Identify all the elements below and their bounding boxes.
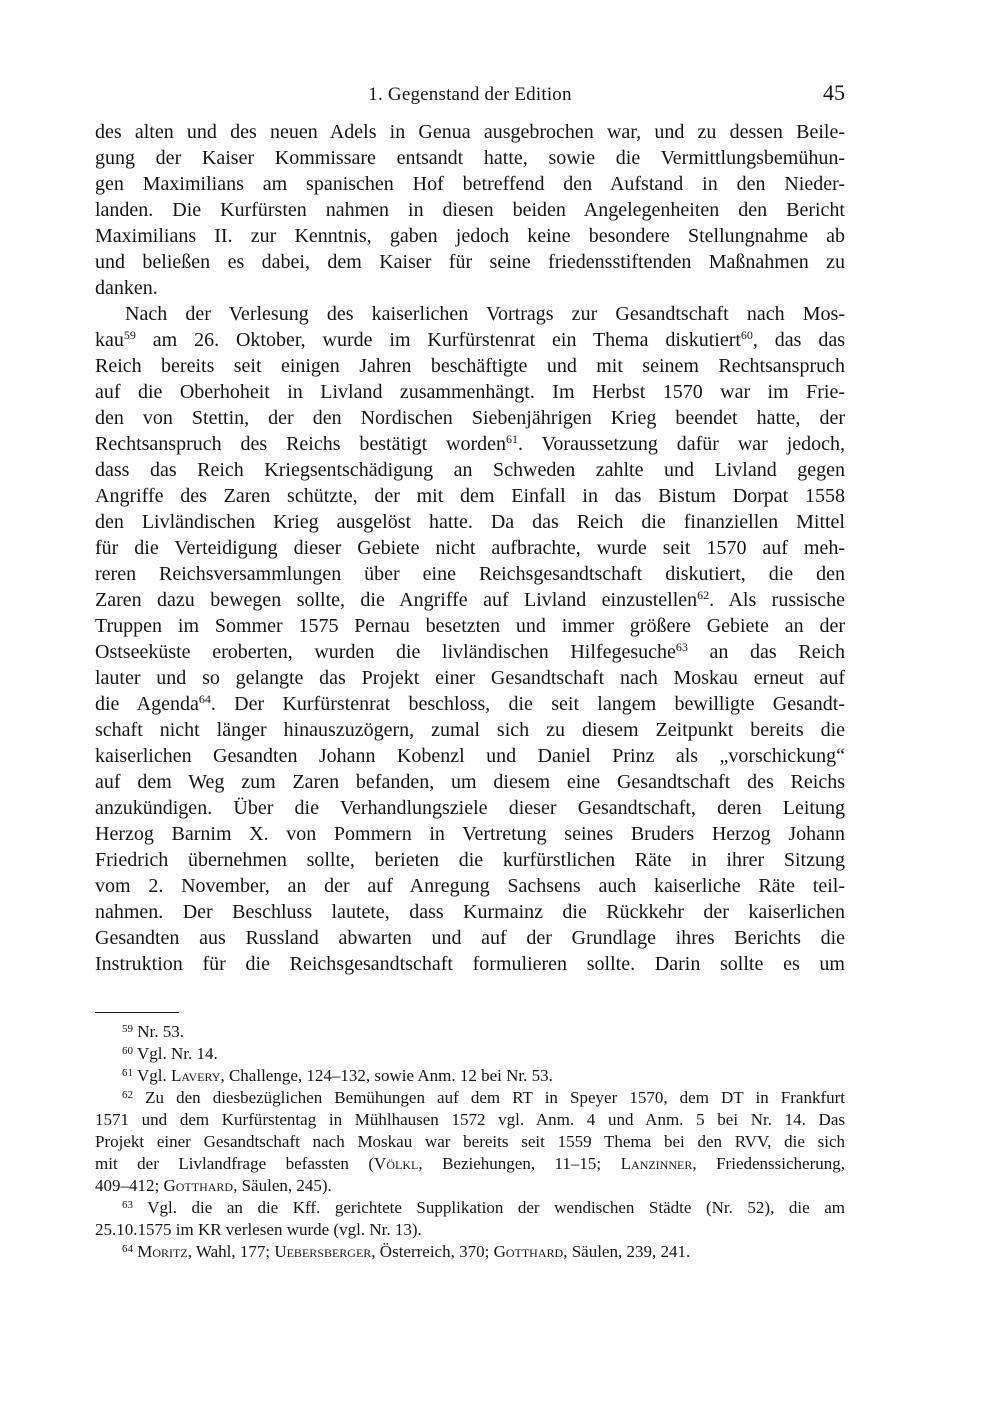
footnote-marker: 60 (741, 328, 753, 342)
text-segment: Nach der Verlesung des kaiserlichen Vort… (125, 303, 845, 325)
text-segment: Zu den diesbezüglichen Bemühungen auf de… (133, 1088, 845, 1107)
body-line: Zaren dazu bewegen sollte, die Angriffe … (95, 587, 845, 613)
text-segment: Gotthard (163, 1176, 233, 1195)
body-line: Truppen im Sommer 1575 Pernau besetzten … (95, 613, 845, 639)
footnote-line: 25.10.1575 im KR verlesen wurde (vgl. Nr… (95, 1219, 845, 1241)
text-segment: . Als russische (709, 589, 845, 611)
page-number: 45 (823, 79, 845, 107)
footnote-marker: 63 (676, 640, 688, 654)
text-segment: Truppen im Sommer 1575 Pernau besetzten … (95, 615, 845, 637)
footnote-marker: 64 (199, 692, 211, 706)
text-segment: die Agenda (95, 693, 199, 715)
text-segment: , Beziehungen, 11–15; (418, 1154, 620, 1173)
text-segment: , Friedenssicherung, (692, 1154, 845, 1173)
body-line: Rechtsanspruch des Reichs bestätigt word… (95, 431, 845, 457)
body-line: Herzog Barnim X. von Pommern in Vertretu… (95, 821, 845, 847)
text-segment: Völkl (374, 1154, 418, 1173)
text-segment: nahmen. Der Beschluss lautete, dass Kurm… (95, 901, 845, 923)
text-segment: Angriffe des Zaren schützte, der mit dem… (95, 485, 845, 507)
text-segment: auf dem Weg zum Zaren befanden, um diese… (95, 771, 845, 793)
footnote-marker: 63 (122, 1199, 133, 1211)
text-segment: Herzog Barnim X. von Pommern in Vertretu… (95, 823, 845, 845)
footnote-line: 61 Vgl. Lavery, Challenge, 124–132, sowi… (95, 1065, 845, 1087)
body-line: Instruktion für die Reichsgesandtschaft … (95, 951, 845, 977)
text-segment: Vgl. Nr. 14. (133, 1044, 218, 1063)
footnote-line: 1571 und dem Kurfürstentag in Mühlhausen… (95, 1109, 845, 1131)
text-segment: Rechtsanspruch des Reichs bestätigt word… (95, 433, 506, 455)
book-page: 1. Gegenstand der Edition 45 des alten u… (0, 0, 1004, 1418)
body-line: Friedrich übernehmen sollte, berieten di… (95, 847, 845, 873)
text-segment: . Voraussetzung dafür war jedoch, (518, 433, 845, 455)
text-segment: schaft nicht länger hinauszuzögern, zuma… (95, 719, 845, 741)
text-segment: mit der Livlandfrage befassten ( (95, 1154, 374, 1173)
body-line: landen. Die Kurfürsten nahmen in diesen … (95, 197, 845, 223)
text-segment: Gesandten aus Russland abwarten und auf … (95, 927, 845, 949)
text-segment: Zaren dazu bewegen sollte, die Angriffe … (95, 589, 697, 611)
footnotes: 59 Nr. 53.60 Vgl. Nr. 14.61 Vgl. Lavery,… (95, 1021, 845, 1263)
text-segment: für die Verteidigung dieser Gebiete nich… (95, 537, 845, 559)
body-line: und beließen es dabei, dem Kaiser für se… (95, 249, 845, 275)
text-segment: Reich bereits seit einigen Jahren beschä… (95, 355, 845, 377)
text-segment: , Österreich, 370; (371, 1242, 493, 1261)
running-header-title: 1. Gegenstand der Edition (95, 82, 845, 108)
body-line: anzukündigen. Über die Verhandlungsziele… (95, 795, 845, 821)
text-segment: Vgl. (133, 1066, 171, 1085)
text-segment: Lavery (171, 1066, 221, 1085)
footnote-marker: 61 (506, 432, 518, 446)
text-segment: vom 2. November, an der auf Anregung Sac… (95, 875, 845, 897)
text-segment: 25.10.1575 im KR verlesen wurde (vgl. Nr… (95, 1220, 422, 1239)
text-segment: an das Reich (688, 641, 845, 663)
footnote-line: Projekt einer Gesandtschaft nach Moskau … (95, 1131, 845, 1153)
body-line: Angriffe des Zaren schützte, der mit dem… (95, 483, 845, 509)
text-segment: , Säulen, 245). (233, 1176, 332, 1195)
body-line: danken. (95, 275, 845, 301)
body-line: auf die Oberhoheit in Livland zusammenhä… (95, 379, 845, 405)
text-segment: Friedrich übernehmen sollte, berieten di… (95, 849, 845, 871)
text-segment: dass das Reich Kriegsentschädigung an Sc… (95, 459, 845, 481)
body-line: Reich bereits seit einigen Jahren beschä… (95, 353, 845, 379)
footnote-marker: 62 (122, 1089, 133, 1101)
text-segment: . Der Kurfürstenrat beschloss, die seit … (211, 693, 845, 715)
text-segment: landen. Die Kurfürsten nahmen in diesen … (95, 199, 845, 221)
body-line: dass das Reich Kriegsentschädigung an Sc… (95, 457, 845, 483)
body-line: des alten und des neuen Adels in Genua a… (95, 119, 845, 145)
text-segment: kau (95, 329, 124, 351)
text-segment: 409–412; (95, 1176, 163, 1195)
text-segment: Gotthard (494, 1242, 564, 1261)
body-line: reren Reichsversammlungen über eine Reic… (95, 561, 845, 587)
footnote-line: 63 Vgl. die an die Kff. gerichtete Suppl… (95, 1197, 845, 1219)
body-line: den Livländischen Krieg ausgelöst hatte.… (95, 509, 845, 535)
footnote-line: 64 Moritz, Wahl, 177; Uebersberger, Öste… (95, 1241, 845, 1263)
footnote-line: 60 Vgl. Nr. 14. (95, 1043, 845, 1065)
text-segment: danken. (95, 277, 158, 299)
text-segment: Lanzinner (621, 1154, 693, 1173)
text-segment: kaiserlichen Gesandten Johann Kobenzl un… (95, 745, 845, 767)
body-line: nahmen. Der Beschluss lautete, dass Kurm… (95, 899, 845, 925)
text-segment: den von Stettin, der den Nordischen Sieb… (95, 407, 845, 429)
footnote-line: 59 Nr. 53. (95, 1021, 845, 1043)
footnote-line: mit der Livlandfrage befassten (Völkl, B… (95, 1153, 845, 1175)
text-segment: auf die Oberhoheit in Livland zusammenhä… (95, 381, 845, 403)
text-segment: Ostseeküste eroberten, wurden die livlän… (95, 641, 676, 663)
text-segment: den Livländischen Krieg ausgelöst hatte.… (95, 511, 845, 533)
body-line: die Agenda64. Der Kurfürstenrat beschlos… (95, 691, 845, 717)
body-line: kaiserlichen Gesandten Johann Kobenzl un… (95, 743, 845, 769)
text-segment: 1571 und dem Kurfürstentag in Mühlhausen… (95, 1110, 845, 1129)
footnote-marker: 60 (122, 1045, 133, 1057)
body-line: Nach der Verlesung des kaiserlichen Vort… (95, 301, 845, 327)
text-segment: des alten und des neuen Adels in Genua a… (95, 121, 845, 143)
body-line: auf dem Weg zum Zaren befanden, um diese… (95, 769, 845, 795)
text-segment: reren Reichsversammlungen über eine Reic… (95, 563, 845, 585)
footnote-marker: 61 (122, 1067, 133, 1079)
text-segment: gen Maximilians am spanischen Hof betref… (95, 173, 845, 195)
text-segment: und beließen es dabei, dem Kaiser für se… (95, 251, 845, 273)
body-line: Gesandten aus Russland abwarten und auf … (95, 925, 845, 951)
body-line: vom 2. November, an der auf Anregung Sac… (95, 873, 845, 899)
text-segment: Uebersberger (274, 1242, 371, 1261)
body-line: gen Maximilians am spanischen Hof betref… (95, 171, 845, 197)
text-segment: gung der Kaiser Kommissare entsandt hatt… (95, 147, 845, 169)
body-text: des alten und des neuen Adels in Genua a… (95, 119, 845, 977)
text-segment: am 26. Oktober, wurde im Kurfürstenrat e… (136, 329, 741, 351)
footnote-line: 409–412; Gotthard, Säulen, 245). (95, 1175, 845, 1197)
text-segment: lauter und so gelangte das Projekt einer… (95, 667, 845, 689)
body-line: Maximilians II. zur Kenntnis, gaben jedo… (95, 223, 845, 249)
text-segment: , das das (753, 329, 845, 351)
footnote-marker: 64 (122, 1243, 133, 1255)
body-line: für die Verteidigung dieser Gebiete nich… (95, 535, 845, 561)
body-line: den von Stettin, der den Nordischen Sieb… (95, 405, 845, 431)
text-segment: Nr. 53. (133, 1022, 184, 1041)
body-line: Ostseeküste eroberten, wurden die livlän… (95, 639, 845, 665)
page-header: 1. Gegenstand der Edition 45 (95, 82, 845, 108)
footnote-marker: 59 (124, 328, 136, 342)
text-segment: Projekt einer Gesandtschaft nach Moskau … (95, 1132, 845, 1151)
footnote-separator-rule (95, 1012, 179, 1013)
footnote-marker: 62 (697, 588, 709, 602)
text-segment: Instruktion für die Reichsgesandtschaft … (95, 953, 845, 975)
footnote-line: 62 Zu den diesbezüglichen Bemühungen auf… (95, 1087, 845, 1109)
body-line: kau59 am 26. Oktober, wurde im Kurfürste… (95, 327, 845, 353)
text-segment: , Wahl, 177; (188, 1242, 275, 1261)
body-line: gung der Kaiser Kommissare entsandt hatt… (95, 145, 845, 171)
text-segment: , Challenge, 124–132, sowie Anm. 12 bei … (220, 1066, 552, 1085)
body-line: lauter und so gelangte das Projekt einer… (95, 665, 845, 691)
text-segment: Moritz (137, 1242, 187, 1261)
body-line: schaft nicht länger hinauszuzögern, zuma… (95, 717, 845, 743)
text-segment: , Säulen, 239, 241. (563, 1242, 690, 1261)
footnote-marker: 59 (122, 1023, 133, 1035)
text-segment: anzukündigen. Über die Verhandlungsziele… (95, 797, 845, 819)
text-segment: Maximilians II. zur Kenntnis, gaben jedo… (95, 225, 845, 247)
text-segment: Vgl. die an die Kff. gerichtete Supplika… (133, 1198, 845, 1217)
